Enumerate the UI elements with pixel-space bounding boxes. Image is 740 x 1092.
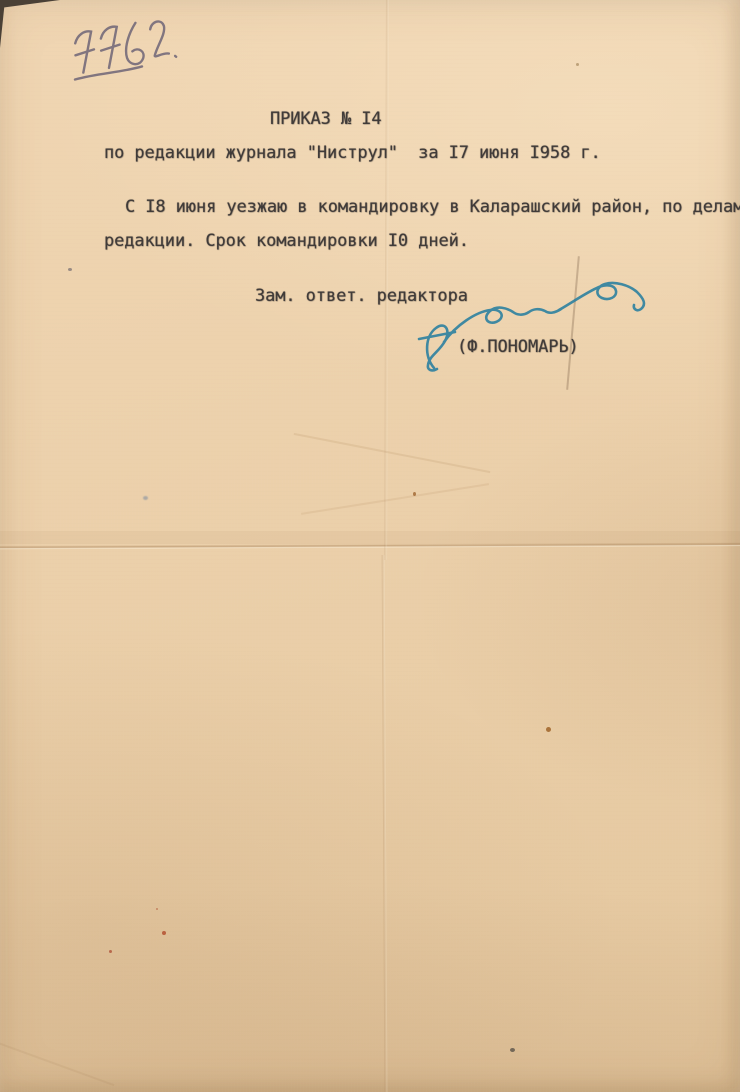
gray-speck	[68, 268, 72, 271]
order-subtitle: по редакции журнала "Ниструл" за I7 июня…	[104, 143, 601, 163]
handwritten-archival-number	[63, 10, 189, 86]
dark-speck	[510, 1048, 515, 1052]
handwritten-signature	[418, 278, 653, 376]
brown-speck	[546, 727, 551, 732]
paper-grain-texture	[0, 0, 740, 1092]
body-line-1: С I8 июня уезжаю в командировку в Калара…	[125, 197, 740, 217]
blue-speck	[143, 496, 148, 500]
red-speck	[162, 931, 166, 935]
scan-edge-left	[0, 0, 5, 48]
vertical-fold-crease-upper	[384, 0, 389, 560]
brown-speck	[576, 63, 579, 66]
corner-crease	[0, 1040, 114, 1086]
diagonal-crease-2	[301, 483, 489, 515]
diagonal-crease-1	[294, 433, 491, 473]
red-speck	[156, 908, 158, 910]
scan-edge-top	[0, 0, 60, 8]
scanned-document: ПРИКАЗ № I4 по редакции журнала "Ниструл…	[0, 0, 740, 1092]
paper-sheet: ПРИКАЗ № I4 по редакции журнала "Ниструл…	[0, 0, 740, 1092]
red-speck	[109, 950, 112, 953]
body-line-2: редакции. Срок командировки I0 дней.	[104, 231, 469, 251]
vertical-fold-crease-lower	[382, 555, 388, 1092]
order-title: ПРИКАЗ № I4	[270, 109, 381, 129]
horizontal-fold-shadow	[0, 531, 740, 544]
horizontal-fold-crease	[0, 542, 740, 549]
brown-speck	[413, 492, 416, 496]
